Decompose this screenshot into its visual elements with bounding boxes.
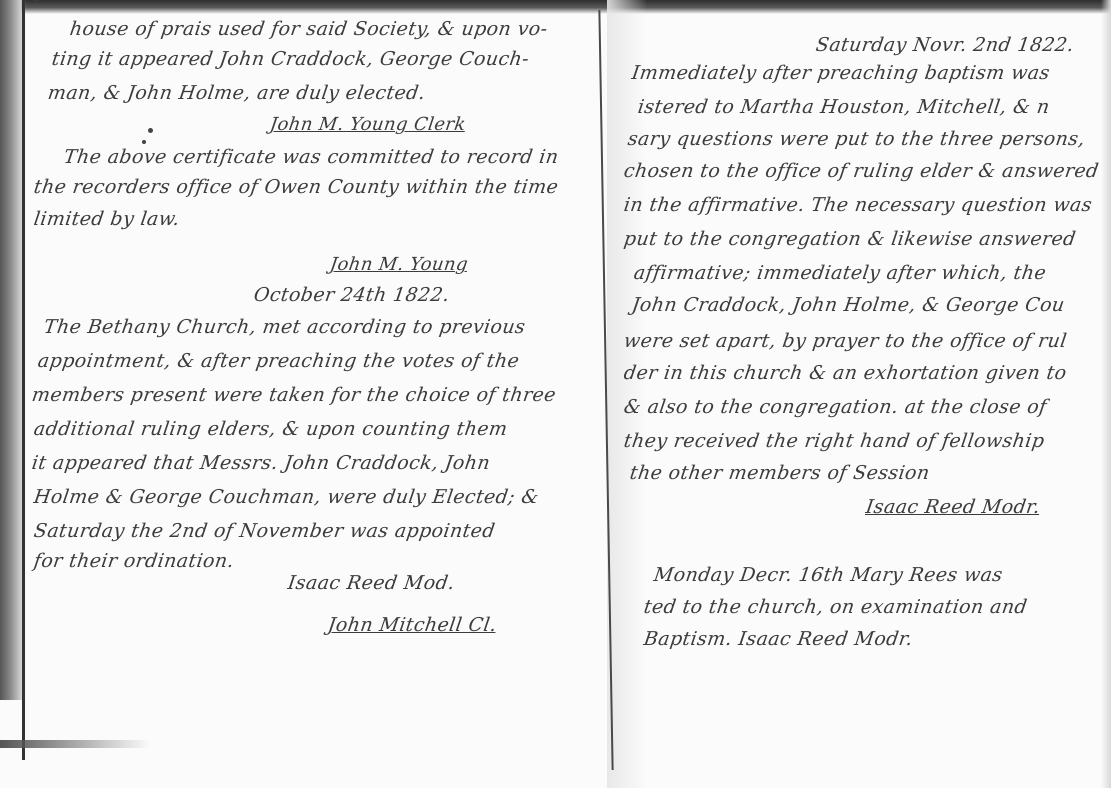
text-line: additional ruling elders, & upon countin… <box>32 418 509 440</box>
text-line: Baptism. Isaac Reed Modr. <box>642 628 914 650</box>
text-line: they received the right hand of fellowsh… <box>622 430 1046 452</box>
text-line: The Bethany Church, met according to pre… <box>42 316 526 338</box>
text-line: ting it appeared John Craddock, George C… <box>50 48 530 70</box>
text-line: appointment, & after preaching the votes… <box>36 350 520 372</box>
text-line: limited by law. <box>32 208 181 230</box>
ink-blot <box>142 140 146 144</box>
text-line: put to the congregation & likewise answe… <box>622 228 1077 250</box>
text-line: house of prais used for said Society, & … <box>68 18 549 40</box>
text-line: Holme & George Couchman, were duly Elect… <box>32 486 540 508</box>
text-line: der in this church & an exhortation give… <box>622 362 1068 384</box>
moderator-signature: Isaac Reed Mod. <box>286 572 456 594</box>
text-line: chosen to the office of ruling elder & a… <box>622 160 1100 182</box>
text-line: & also to the congregation. at the close… <box>622 396 1048 418</box>
gutter-shade <box>607 0 647 788</box>
text-line: John Craddock, John Holme, & George Cou <box>630 294 1066 316</box>
text-line: Saturday the 2nd of November was appoint… <box>32 520 496 542</box>
text-line: istered to Martha Houston, Mitchell, & n <box>636 96 1051 118</box>
text-line: ted to the church, on examination and <box>642 596 1028 618</box>
text-line: man, & John Holme, are duly elected. <box>46 82 426 104</box>
text-line: it appeared that Messrs. John Craddock, … <box>30 452 491 474</box>
moderator-signature: Isaac Reed Modr. <box>864 496 1041 518</box>
ink-blot <box>148 128 153 133</box>
entry-date-line: Monday Decr. 16th Mary Rees was <box>652 564 1004 586</box>
text-line: members present were taken for the choic… <box>30 384 557 406</box>
scanned-book-spread: 241 house of prais used for said Society… <box>0 0 1111 788</box>
entry-date: Saturday Novr. 2nd 1822. <box>814 34 1075 56</box>
text-line: sary questions were put to the three per… <box>626 128 1086 150</box>
clerk-signature: John M. Young Clerk <box>269 114 468 135</box>
scan-top-shadow <box>0 0 1111 14</box>
entry-date: October 24th 1822. <box>252 284 451 306</box>
text-line: the recorders office of Owen County with… <box>32 176 559 198</box>
book-right-edge <box>1101 0 1111 788</box>
text-line: the other members of Session <box>628 462 931 484</box>
text-line: The above certificate was committed to r… <box>62 146 560 168</box>
text-line: Immediately after preaching baptism was <box>630 62 1051 84</box>
text-line: for their ordination. <box>32 550 235 572</box>
text-line: were set apart, by prayer to the office … <box>622 330 1068 352</box>
signature: John M. Young <box>329 254 470 275</box>
scan-bottom-shadow <box>0 740 150 748</box>
page-number: 241 <box>23 0 49 6</box>
text-line: in the affirmative. The necessary questi… <box>622 194 1093 216</box>
clerk-signature: John Mitchell Cl. <box>326 614 498 636</box>
text-line: affirmative; immediately after which, th… <box>632 262 1047 284</box>
left-margin-rule <box>22 0 25 760</box>
